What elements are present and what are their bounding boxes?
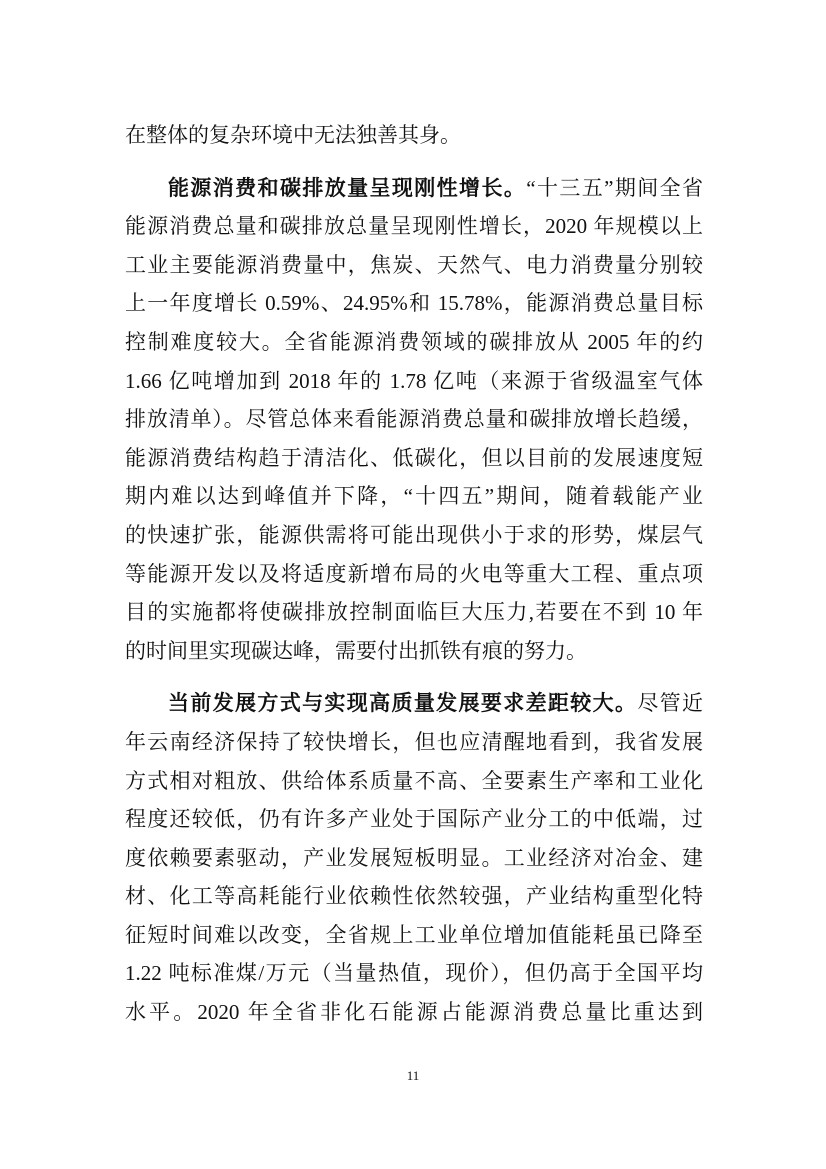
paragraph-continuation: 在整体的复杂环境中无法独善其身。: [125, 116, 703, 155]
text-line: 年云南经济保持了较快增长，但也应清醒地看到，我省发展: [125, 723, 703, 762]
text-line: 能源消费结构趋于清洁化、低碳化，但以目前的发展速度短: [125, 439, 703, 478]
text-line: 水平。2020 年全省非化石能源占能源消费总量比重达到: [125, 993, 703, 1032]
paragraph-lead-line: 能源消费和碳排放量呈现刚性增长。“十三五”期间全省: [125, 169, 703, 208]
paragraph-energy-carbon-growth: 能源消费和碳排放量呈现刚性增长。“十三五”期间全省 能源消费总量和碳排放总量呈现…: [125, 169, 703, 671]
text-line: 的快速扩张，能源供需将可能出现供小于求的形势，煤层气: [125, 516, 703, 555]
paragraph-lead-rest: “十三五”期间全省: [526, 176, 703, 200]
page-body-text: 在整体的复杂环境中无法独善其身。 能源消费和碳排放量呈现刚性增长。“十三五”期间…: [125, 116, 703, 1032]
paragraph-development-gap: 当前发展方式与实现高质量发展要求差距较大。尽管近 年云南经济保持了较快增长，但也…: [125, 684, 703, 1031]
text-line: 工业主要能源消费量中，焦炭、天然气、电力消费量分别较: [125, 246, 703, 285]
text-line: 方式相对粗放、供给体系质量不高、全要素生产率和工业化: [125, 762, 703, 801]
text-line: 目的实施都将使碳排放控制面临巨大压力,若要在不到 10 年: [125, 593, 703, 632]
paragraph-lead-line: 当前发展方式与实现高质量发展要求差距较大。尽管近: [125, 684, 703, 723]
text-line: 度依赖要素驱动，产业发展短板明显。工业经济对冶金、建: [125, 839, 703, 878]
text-line: 等能源开发以及将适度新增布局的火电等重大工程、重点项: [125, 555, 703, 594]
paragraph-lead-bold: 当前发展方式与实现高质量发展要求差距较大。: [168, 691, 637, 715]
page-number: 11: [0, 1068, 826, 1084]
text-line: 控制难度较大。全省能源消费领域的碳排放从 2005 年的约: [125, 323, 703, 362]
text-line: 材、化工等高耗能行业依赖性依然较强，产业结构重型化特: [125, 877, 703, 916]
text-line: 上一年度增长 0.59%、24.95%和 15.78%，能源消费总量目标: [125, 284, 703, 323]
paragraph-lead-bold: 能源消费和碳排放量呈现刚性增长。: [168, 176, 526, 200]
paragraph-lead-rest: 尽管近: [637, 691, 703, 715]
text-line: 在整体的复杂环境中无法独善其身。: [125, 116, 703, 155]
text-line: 的时间里实现碳达峰，需要付出抓铁有痕的努力。: [125, 632, 703, 671]
text-line: 程度还较低，仍有许多产业处于国际产业分工的中低端，过: [125, 800, 703, 839]
text-line: 能源消费总量和碳排放总量呈现刚性增长，2020 年规模以上: [125, 207, 703, 246]
document-page: 在整体的复杂环境中无法独善其身。 能源消费和碳排放量呈现刚性增长。“十三五”期间…: [0, 0, 826, 1169]
text-line: 排放清单）。尽管总体来看能源消费总量和碳排放增长趋缓，: [125, 400, 703, 439]
text-line: 征短时间难以改变，全省规上工业单位增加值能耗虽已降至: [125, 916, 703, 955]
text-line: 1.22 吨标准煤/万元（当量热值，现价），但仍高于全国平均: [125, 954, 703, 993]
text-line: 1.66 亿吨增加到 2018 年的 1.78 亿吨（来源于省级温室气体: [125, 362, 703, 401]
text-line: 期内难以达到峰值并下降，“十四五”期间，随着载能产业: [125, 477, 703, 516]
